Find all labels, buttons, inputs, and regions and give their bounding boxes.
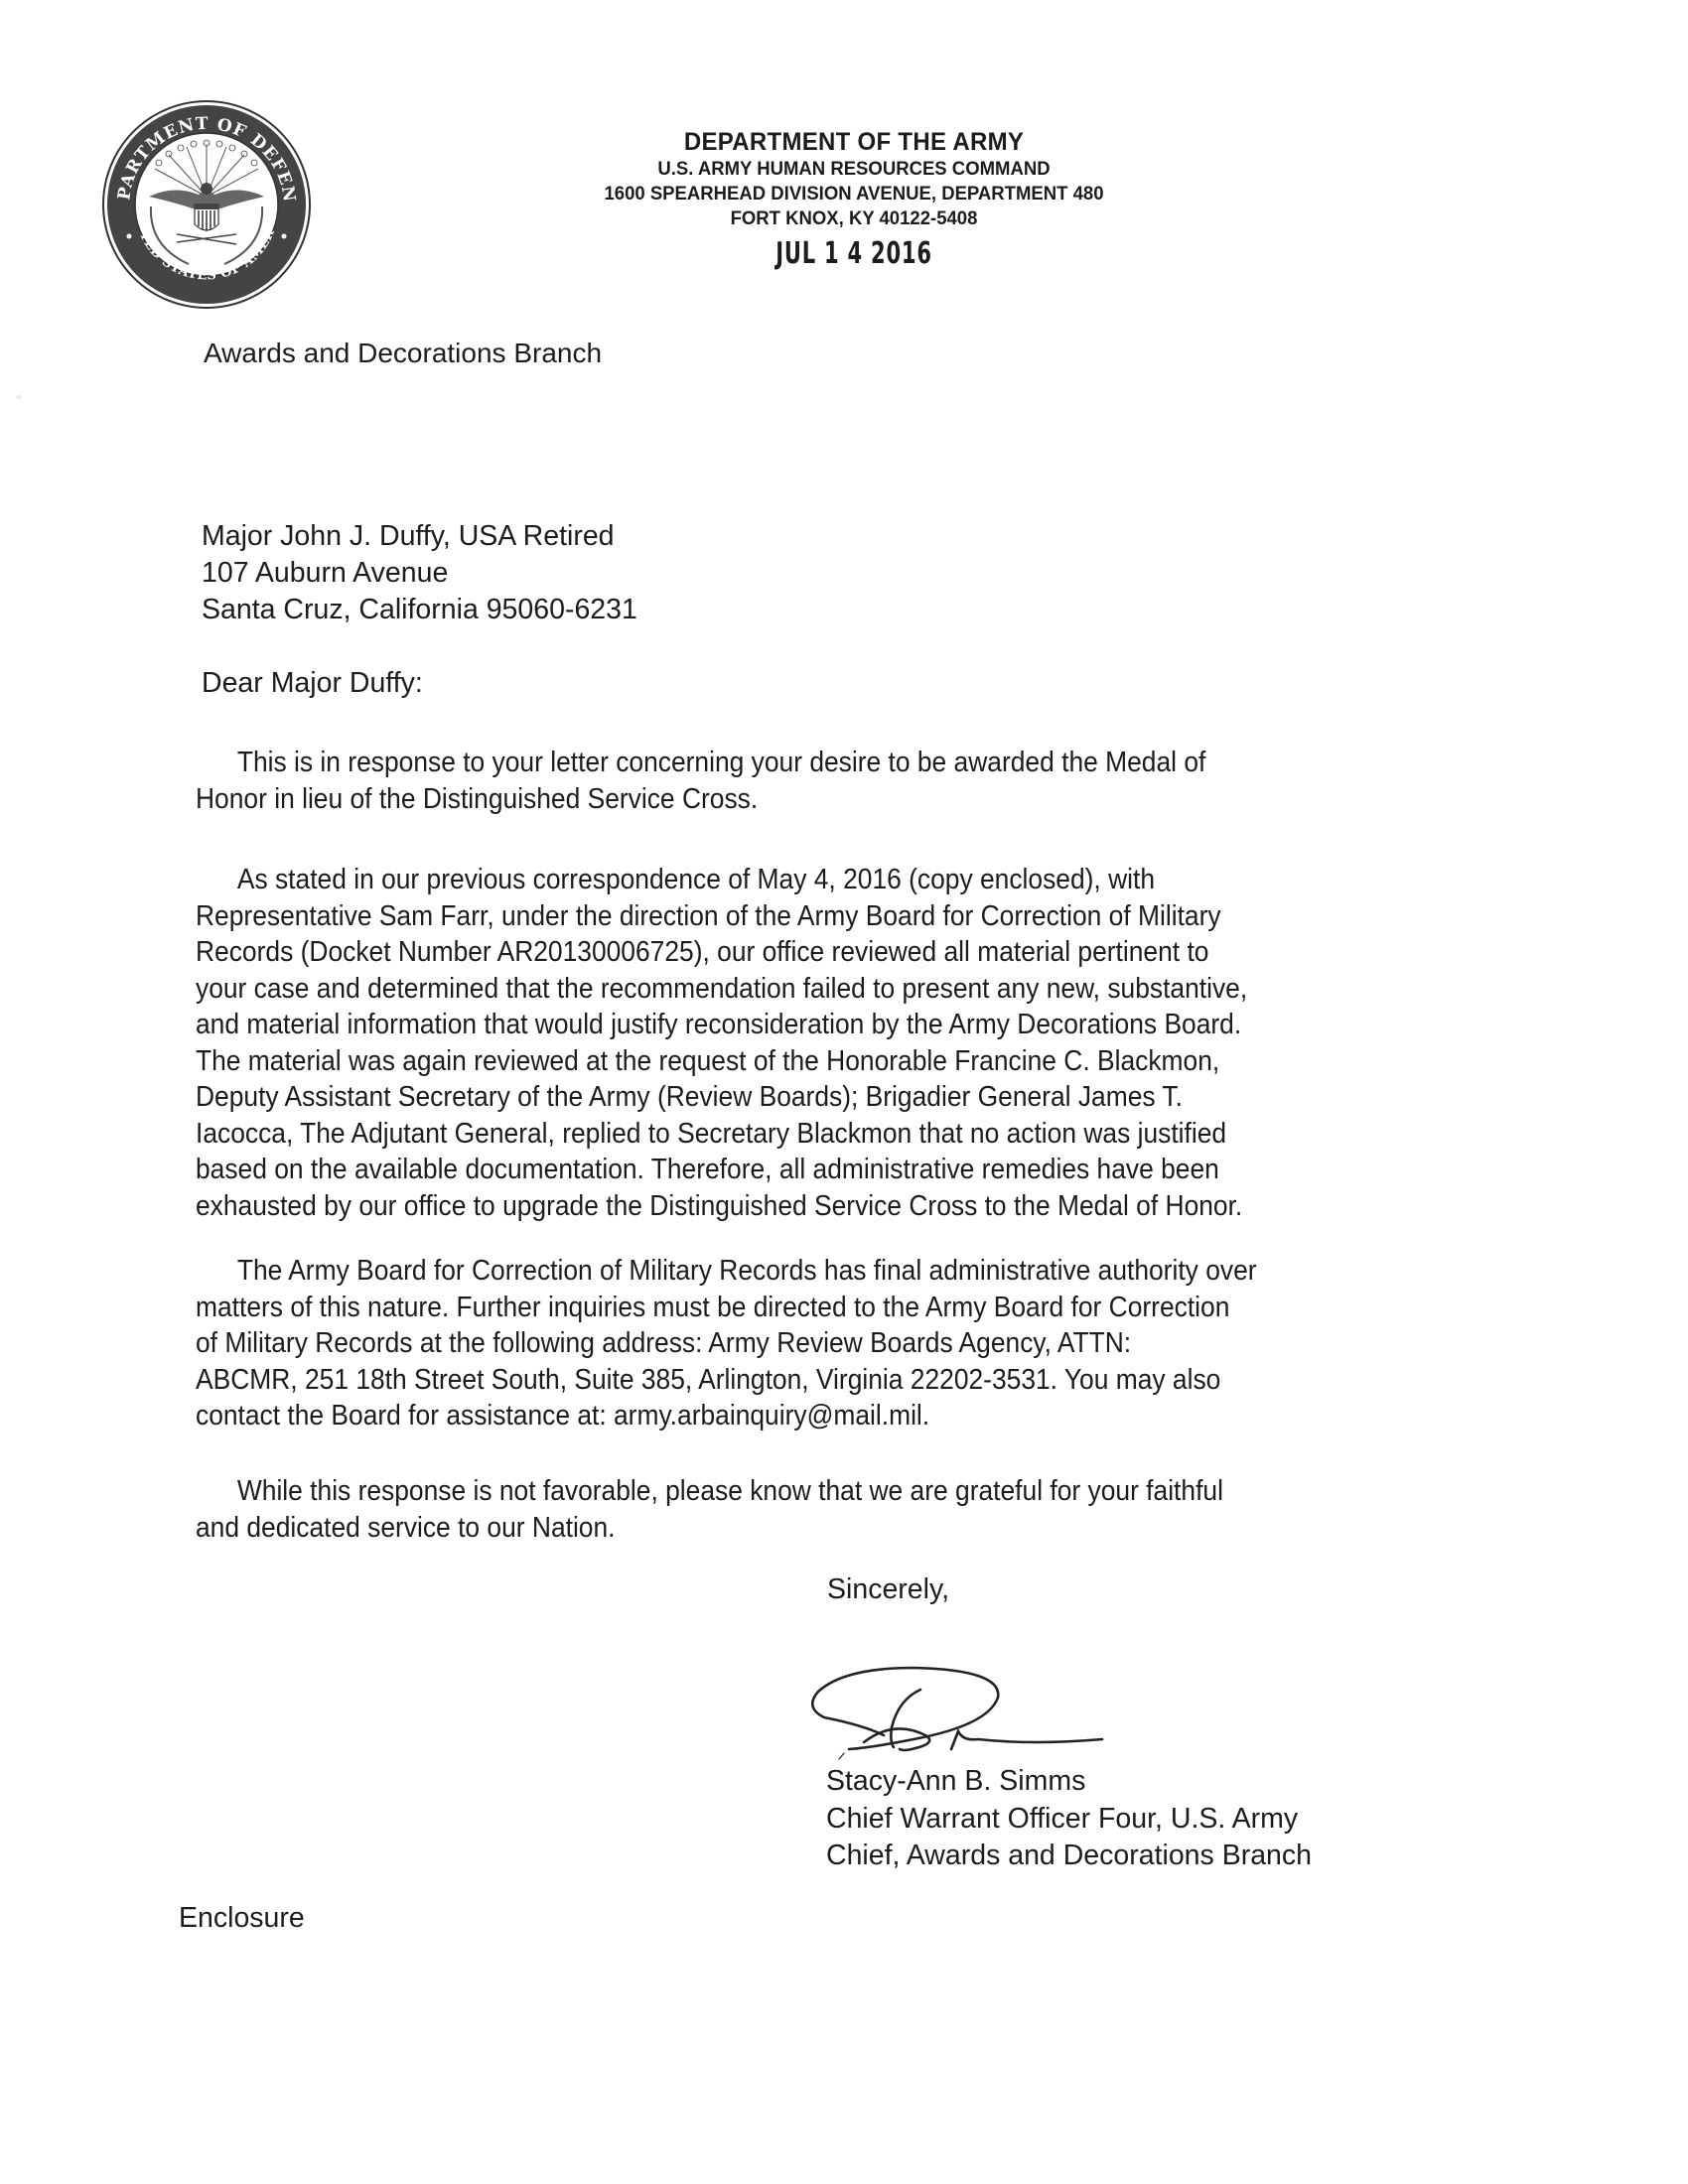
paragraph-line: your case and determined that the recomm… — [196, 971, 1370, 1008]
closing: Sincerely, — [827, 1573, 949, 1606]
recipient-city: Santa Cruz, California 95060-6231 — [202, 592, 637, 628]
paragraph-line: and material information that would just… — [196, 1007, 1370, 1043]
letterhead-street: 1600 SPEARHEAD DIVISION AVENUE, DEPARTME… — [533, 182, 1175, 206]
paragraph-line: ABCMR, 251 18th Street South, Suite 385,… — [196, 1362, 1370, 1399]
paragraph-line: Honor in lieu of the Distinguished Servi… — [196, 781, 1370, 818]
letterhead-city: FORT KNOX, KY 40122-5408 — [533, 206, 1175, 231]
recipient-address: Major John J. Duffy, USA Retired 107 Aub… — [202, 518, 637, 628]
date-stamp: JUL 1 4 2016 — [591, 237, 1117, 271]
signer-name: Stacy-Ann B. Simms — [826, 1763, 1312, 1801]
letterhead: DEPARTMENT OF THE ARMY U.S. ARMY HUMAN R… — [516, 127, 1192, 271]
scan-speck — [16, 395, 22, 399]
department-of-defense-seal-icon: DEPARTMENT OF DEFENSE UNITED STATES OF A… — [99, 97, 313, 311]
paragraph-line: contact the Board for assistance at: arm… — [196, 1398, 1370, 1434]
paragraph-line: and dedicated service to our Nation. — [196, 1510, 1370, 1547]
paragraph-3: The Army Board for Correction of Militar… — [196, 1253, 1370, 1434]
signature-block: Stacy-Ann B. Simms Chief Warrant Officer… — [826, 1763, 1312, 1875]
paragraph-2: As stated in our previous correspondence… — [196, 862, 1370, 1224]
signer-rank: Chief Warrant Officer Four, U.S. Army — [826, 1801, 1312, 1839]
recipient-street: 107 Auburn Avenue — [202, 555, 637, 592]
paragraph-1: This is in response to your letter conce… — [196, 745, 1370, 817]
paragraph-line: based on the available documentation. Th… — [196, 1152, 1370, 1188]
paragraph-line: As stated in our previous correspondence… — [196, 862, 1370, 898]
paragraph-4: While this response is not favorable, pl… — [196, 1473, 1370, 1546]
paragraph-line: This is in response to your letter conce… — [196, 745, 1370, 781]
paragraph-line: Representative Sam Farr, under the direc… — [196, 898, 1370, 935]
paragraph-line: exhausted by our office to upgrade the D… — [196, 1188, 1370, 1225]
recipient-name: Major John J. Duffy, USA Retired — [202, 518, 637, 555]
paragraph-line: of Military Records at the following add… — [196, 1325, 1370, 1362]
paragraph-line: matters of this nature. Further inquirie… — [196, 1290, 1370, 1326]
salutation: Dear Major Duffy: — [202, 667, 423, 700]
letterhead-command: U.S. ARMY HUMAN RESOURCES COMMAND — [533, 157, 1175, 182]
letterhead-title: DEPARTMENT OF THE ARMY — [530, 127, 1179, 157]
handwritten-signature-icon — [804, 1648, 1162, 1767]
paragraph-line: Iacocca, The Adjutant General, replied t… — [196, 1116, 1370, 1153]
paragraph-line: The Army Board for Correction of Militar… — [196, 1253, 1370, 1290]
enclosure-note: Enclosure — [179, 1902, 305, 1935]
paragraph-line: The material was again reviewed at the r… — [196, 1043, 1370, 1080]
office-symbol: Awards and Decorations Branch — [204, 338, 602, 369]
paragraph-line: Deputy Assistant Secretary of the Army (… — [196, 1079, 1370, 1116]
signer-title: Chief, Awards and Decorations Branch — [826, 1838, 1312, 1875]
paragraph-line: Records (Docket Number AR20130006725), o… — [196, 934, 1370, 971]
paragraph-line: While this response is not favorable, pl… — [196, 1473, 1370, 1510]
